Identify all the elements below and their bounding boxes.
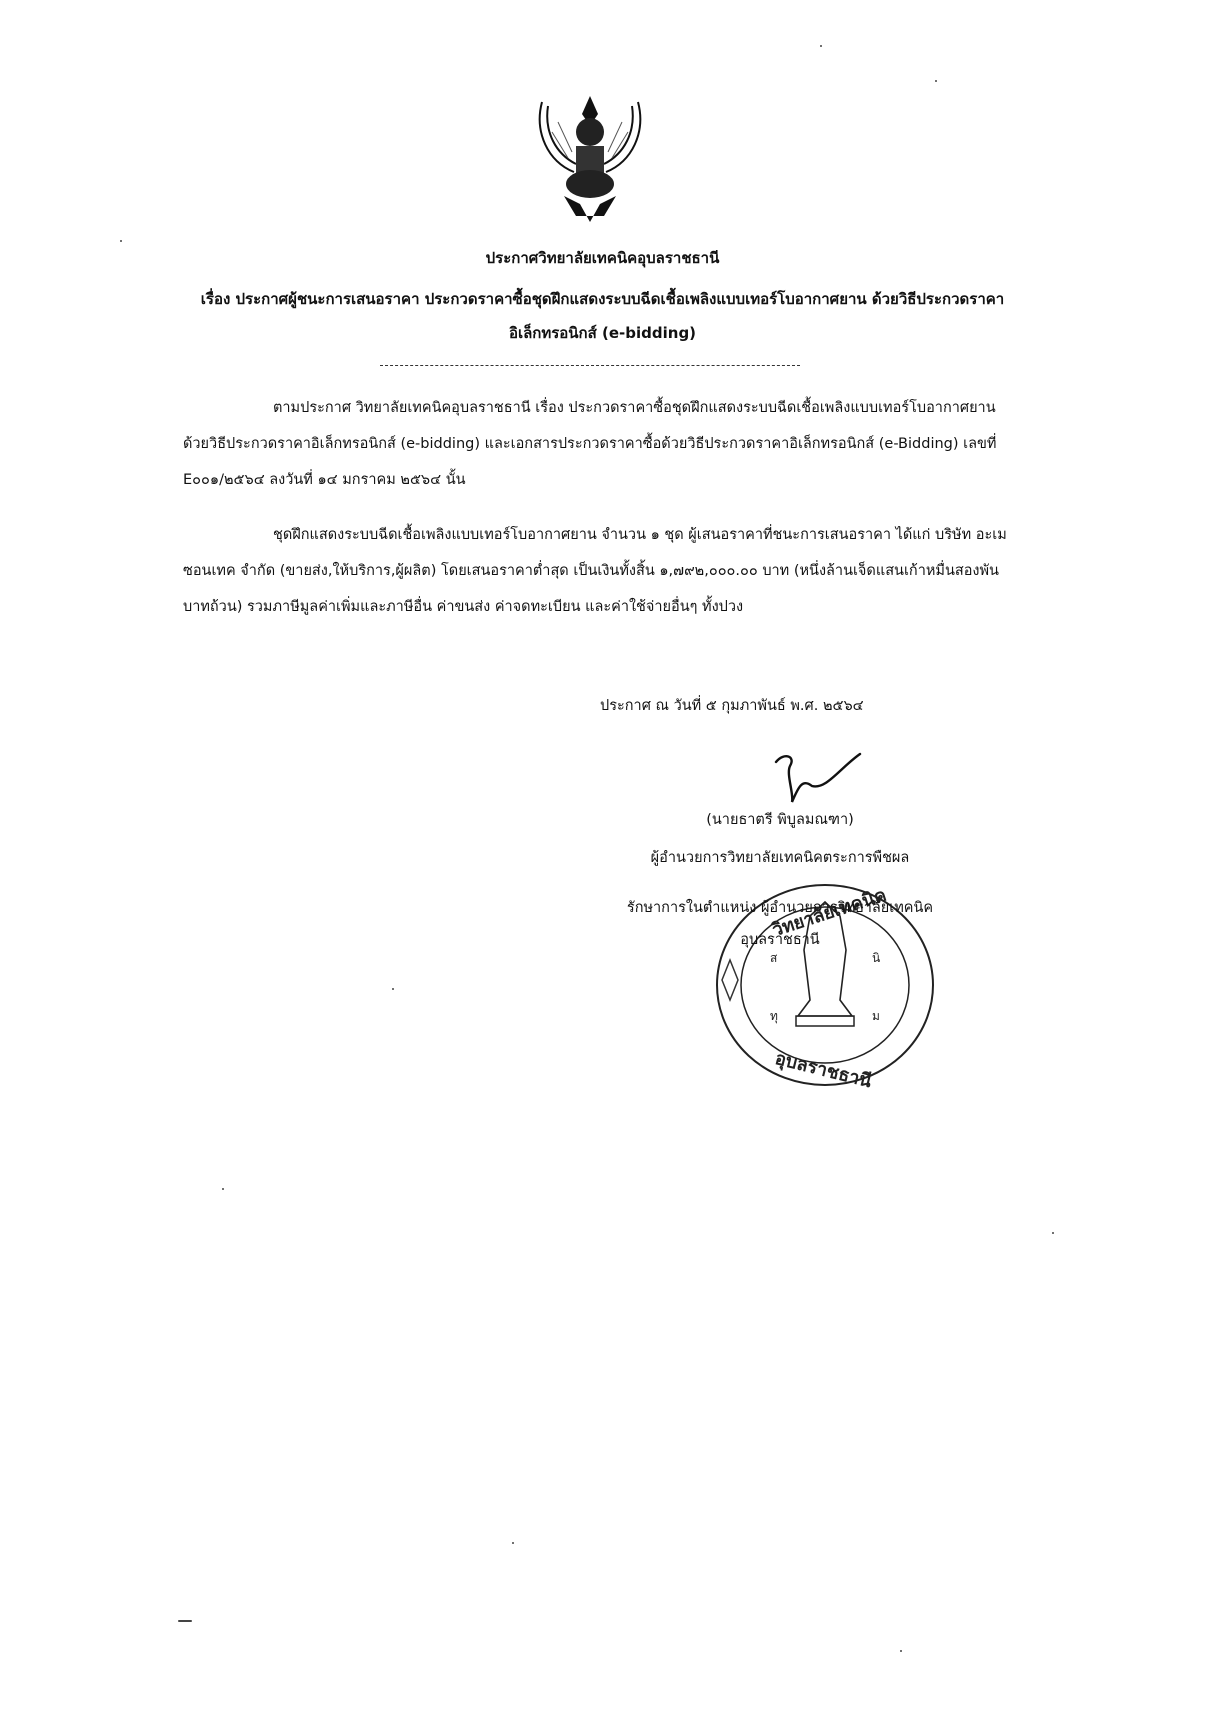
seal-bottom-text: อุบลราชธานี — [773, 1048, 875, 1090]
seal-letter: ทุ — [770, 1009, 778, 1024]
scan-speck — [900, 1650, 902, 1652]
seal-letter: นิ — [872, 951, 880, 965]
signature-icon — [768, 748, 864, 808]
seal-letter: ม — [872, 1009, 880, 1023]
divider — [380, 365, 800, 366]
signer-position: ผู้อำนวยการวิทยาลัยเทคนิคตระการพืชผล — [560, 846, 1000, 869]
document-subject: เรื่อง ประกาศผู้ชนะการเสนอราคา ประกวดราค… — [160, 282, 1045, 350]
acting-position-2: อุบลราชธานี — [720, 928, 840, 951]
document-page: ประกาศวิทยาลัยเทคนิคอุบลราชธานี เรื่อง ป… — [0, 0, 1205, 1718]
scan-speck — [1052, 1232, 1054, 1234]
scan-speck — [178, 1620, 192, 1622]
seal-letter: ส — [770, 951, 778, 965]
scan-speck — [935, 80, 937, 82]
scan-speck — [820, 45, 822, 47]
signer-name: (นายธาตรี พิบูลมณฑา) — [560, 808, 1000, 831]
paragraph-reference: ตามประกาศ วิทยาลัยเทคนิคอุบลราชธานี เรื่… — [183, 390, 1013, 498]
announce-date: ประกาศ ณ วันที่ ๕ กุมภาพันธ์ พ.ศ. ๒๕๖๔ — [600, 694, 864, 717]
garuda-emblem-icon — [528, 92, 652, 228]
scan-speck — [120, 240, 122, 242]
acting-position: รักษาการในตำแหน่ง ผู้อำนวยการวิทยาลัยเทค… — [560, 896, 1000, 919]
paragraph-winner: ชุดฝึกแสดงระบบฉีดเชื้อเพลิงแบบเทอร์โบอาก… — [183, 517, 1013, 625]
document-heading: ประกาศวิทยาลัยเทคนิคอุบลราชธานี — [0, 246, 1205, 270]
scan-speck — [512, 1542, 514, 1544]
scan-speck — [392, 988, 394, 990]
scan-speck — [222, 1188, 224, 1190]
